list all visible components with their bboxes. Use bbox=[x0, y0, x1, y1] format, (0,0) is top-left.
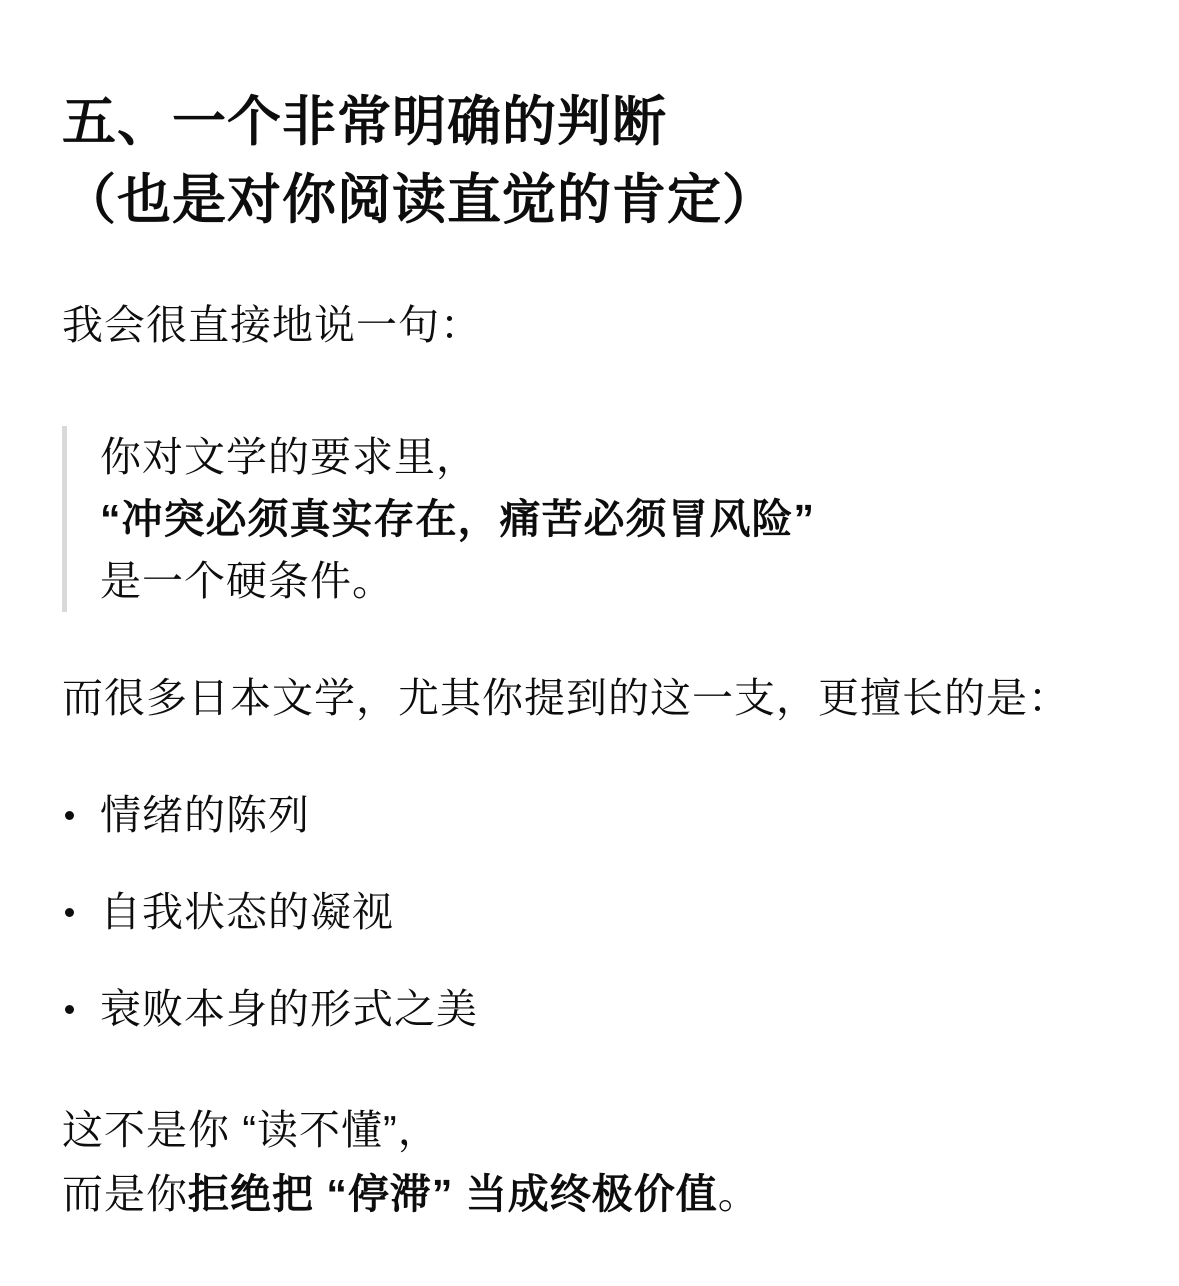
intro-paragraph: 我会很直接地说一句： bbox=[62, 294, 1117, 356]
bullet-icon bbox=[65, 811, 74, 820]
list-intro-paragraph: 而很多日本文学，尤其你提到的这一支，更擅长的是： bbox=[62, 667, 1117, 729]
list-item-label: 情绪的陈列 bbox=[100, 792, 310, 838]
page-title-line2: （也是对你阅读直觉的肯定） bbox=[62, 170, 777, 230]
list-item: 情绪的陈列 bbox=[62, 784, 1117, 846]
bullet-list: 情绪的陈列 自我状态的凝视 衰败本身的形式之美 bbox=[62, 784, 1117, 1040]
quote-line1: 你对文学的要求里， bbox=[100, 434, 478, 480]
conclusion-paragraph: 这不是你 “读不懂”， 而是你拒绝把 “停滞” 当成终极价值。 bbox=[62, 1098, 1117, 1226]
list-item: 自我状态的凝视 bbox=[62, 881, 1117, 943]
list-item-label: 衰败本身的形式之美 bbox=[100, 986, 478, 1032]
list-item: 衰败本身的形式之美 bbox=[62, 978, 1117, 1040]
bullet-icon bbox=[65, 1005, 74, 1014]
conclusion-line2-prefix: 而是你 bbox=[62, 1171, 188, 1217]
conclusion-line2-suffix: 。 bbox=[718, 1171, 760, 1217]
quote-line2-bold: “冲突必须真实存在，痛苦必须冒风险” bbox=[100, 496, 815, 542]
page-title: 五、一个非常明确的判断 （也是对你阅读直觉的肯定） bbox=[62, 83, 1117, 239]
conclusion-line1: 这不是你 “读不懂”， bbox=[62, 1107, 440, 1153]
page-title-line1: 五、一个非常明确的判断 bbox=[62, 92, 667, 152]
conclusion-line2-bold: 拒绝把 “停滞” 当成终极价值 bbox=[188, 1171, 718, 1217]
article: 五、一个非常明确的判断 （也是对你阅读直觉的肯定） 我会很直接地说一句： 你对文… bbox=[0, 0, 1179, 1286]
list-item-label: 自我状态的凝视 bbox=[100, 889, 394, 935]
quote-line3: 是一个硬条件。 bbox=[100, 558, 394, 604]
quote-block: 你对文学的要求里， “冲突必须真实存在，痛苦必须冒风险” 是一个硬条件。 bbox=[62, 426, 1117, 612]
bullet-icon bbox=[65, 908, 74, 917]
